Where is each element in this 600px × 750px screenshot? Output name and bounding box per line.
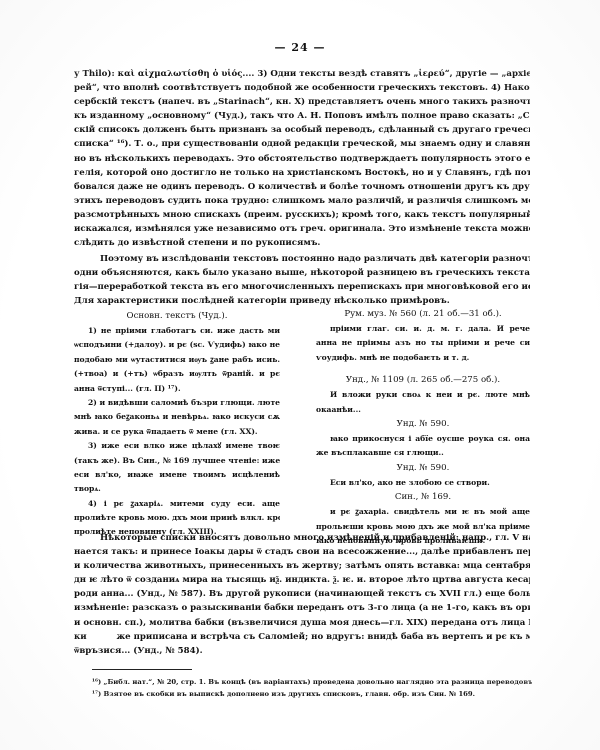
text-line: скій списокъ долженъ быть признанъ за ос… — [74, 123, 530, 137]
footnote: ¹⁶) „Библ. нат.“, № 20, стр. 1. Въ концѣ… — [92, 676, 532, 688]
text-line: и основн. сп.), молитва бабки (възвеличи… — [74, 616, 530, 630]
text-line: гія—переработкой текста въ его многочисл… — [74, 280, 530, 294]
text-line: 2) и видѣвши саломиѣ бъзри глющи. люте — [74, 396, 280, 410]
text-line: гелія, которой оно достигло не только на… — [74, 166, 530, 180]
text-line: нается такъ: и принесе Іоакы дары ѿ стад… — [74, 545, 530, 559]
column-heading: Рум. муз. № 560 (л. 21 об.—31 об.). — [316, 307, 530, 322]
text-line: списка“ ¹⁶). Т. о., при существованіи од… — [74, 137, 530, 151]
text-line: разсмотрѣнныхъ мною спискахъ (преим. рус… — [74, 208, 530, 222]
text-line: ки же приписана и встрѣча съ Саломіей; н… — [74, 630, 530, 644]
text-line: же въсплакавше ся глющи.. — [316, 446, 530, 460]
text-line: жива. и се рука ѿпадаеть ѿ мене (гл. XX)… — [74, 425, 280, 439]
text-line: дн ѥ лѣто ѿ созданиѧ мира на тысящь иѯ. … — [74, 573, 530, 587]
text-line: но въ нѣсколькихъ переводахъ. Это обстоя… — [74, 152, 530, 166]
comparison-left-column: Основн. текстъ (Чуд.). 1) не пріими глаб… — [74, 309, 280, 540]
text-line: подобаю ми ѡутаститися иѹъ ꙁане рабъ иси… — [74, 353, 280, 367]
text-line: пролиѣте кровь мою. дхъ мои прииѣ влкл. … — [74, 511, 280, 525]
text-line: ѵоудифь. мнѣ не подобаѥть и т. д. — [316, 351, 530, 365]
text-line: анна не пріимы азъ но ты пріими и рече с… — [316, 336, 530, 350]
text-line: 1) не пріими глаботагъ си. иже дасть ми — [74, 324, 280, 338]
text-line: 3) иже еси влко иже цѣлахꙋ имене твоѥ — [74, 439, 280, 453]
text-line: одни объясняются, какъ было указано выше… — [74, 266, 530, 280]
text-line: у Thilo): καὶ αἰχμαλωτίσθη ὁ υἱός.... 3)… — [74, 67, 530, 81]
text-line: Еси вл'ко, ако не злобою се створи. — [316, 476, 530, 490]
column-heading: Унд., № 1109 (л. 265 об.—275 об.). — [316, 373, 530, 388]
text-line: искажался, измѣнялся уже независимо отъ … — [74, 222, 530, 236]
text-line: этихъ переводовъ судить пока трудно: сли… — [74, 194, 530, 208]
column-heading: Основн. текстъ (Чуд.). — [74, 309, 280, 324]
text-line: анна ѿступі... (гл. II) ¹⁷). — [74, 382, 280, 396]
column-heading: Син., № 169. — [316, 490, 530, 505]
text-line: ꙗко прикоснуся і абїе оусше роука ся. он… — [316, 432, 530, 446]
text-line: слѣдить до извѣстной степени и по рукопи… — [74, 236, 530, 250]
column-heading: Унд. № 590. — [316, 417, 530, 432]
text-line: Поэтому въ изслѣдованіи текстовъ постоян… — [74, 252, 530, 266]
text-line: И вложи руки своѧ к неи и рє. люте мнѣ — [316, 388, 530, 402]
intro-paragraph: у Thilo): καὶ αἰχμαλωτίσθη ὁ υἱός.... 3)… — [74, 67, 530, 250]
page-number: — 24 — — [0, 41, 600, 54]
text-line: пріими глаг. си. и. д. м. г. дала. И реч… — [316, 322, 530, 336]
text-line: ѡсподъини (+далоу). и рє (sc. Ѵудифь) ꙗк… — [74, 338, 280, 352]
text-line: мнѣ ꙗко беꙁаконьѧ и невѣрьѧ. ꙗко искуси … — [74, 410, 280, 424]
text-line: роди анна... (Унд., № 587). Въ другой ру… — [74, 587, 530, 601]
second-paragraph: Поэтому въ изслѣдованіи текстовъ постоян… — [74, 252, 530, 308]
third-paragraph: Нѣкоторые списки вносятъ довольно много … — [74, 531, 530, 658]
text-line: сербскій текстъ (напеч. въ „Starinach“, … — [74, 95, 530, 109]
footnotes: ¹⁶) „Библ. нат.“, № 20, стр. 1. Въ концѣ… — [92, 676, 532, 700]
text-line: (такъ же). Въ Син., № 169 лучшее чтеніе:… — [74, 454, 280, 468]
text-line: (+твоа) и (+тъ) ѡбразъ иѹлть ѿраній. и р… — [74, 367, 280, 381]
text-line: Нѣкоторые списки вносятъ довольно много … — [74, 531, 530, 545]
text-line: измѣненіе: разсказъ о разыскиваніи бабки… — [74, 601, 530, 615]
text-line: рей“, что вполнѣ соотвѣтствуетъ подобной… — [74, 81, 530, 95]
footnote: ¹⁷) Взятое въ скобки въ выпискѣ дополнен… — [92, 688, 532, 700]
text-line: къ изданному „основному“ (Чуд.), такъ чт… — [74, 109, 530, 123]
text-line: бовался даже не одинъ переводъ. О количе… — [74, 180, 530, 194]
text-line: еси вл'ко, иꙗже имене твоимъ исцѣлениѣ — [74, 468, 280, 482]
text-line: окаанѣи... — [316, 403, 530, 417]
footnote-divider — [92, 669, 192, 670]
column-heading: Унд. № 590. — [316, 461, 530, 476]
text-line: ѿвръзися... (Унд., № 584). — [74, 644, 530, 658]
text-line: 4) і рє ꙁахаріѧ. митеми суду еси. аще — [74, 497, 280, 511]
comparison-right-column: Рум. муз. № 560 (л. 21 об.—31 об.). пріи… — [316, 307, 530, 548]
text-line: творѧ. — [74, 482, 280, 496]
text-line: и количества животныхъ, принесенныхъ въ … — [74, 559, 530, 573]
text-line: и рє ꙁахаріа. свидѣтель ми ѥ въ мой аще — [316, 505, 530, 519]
